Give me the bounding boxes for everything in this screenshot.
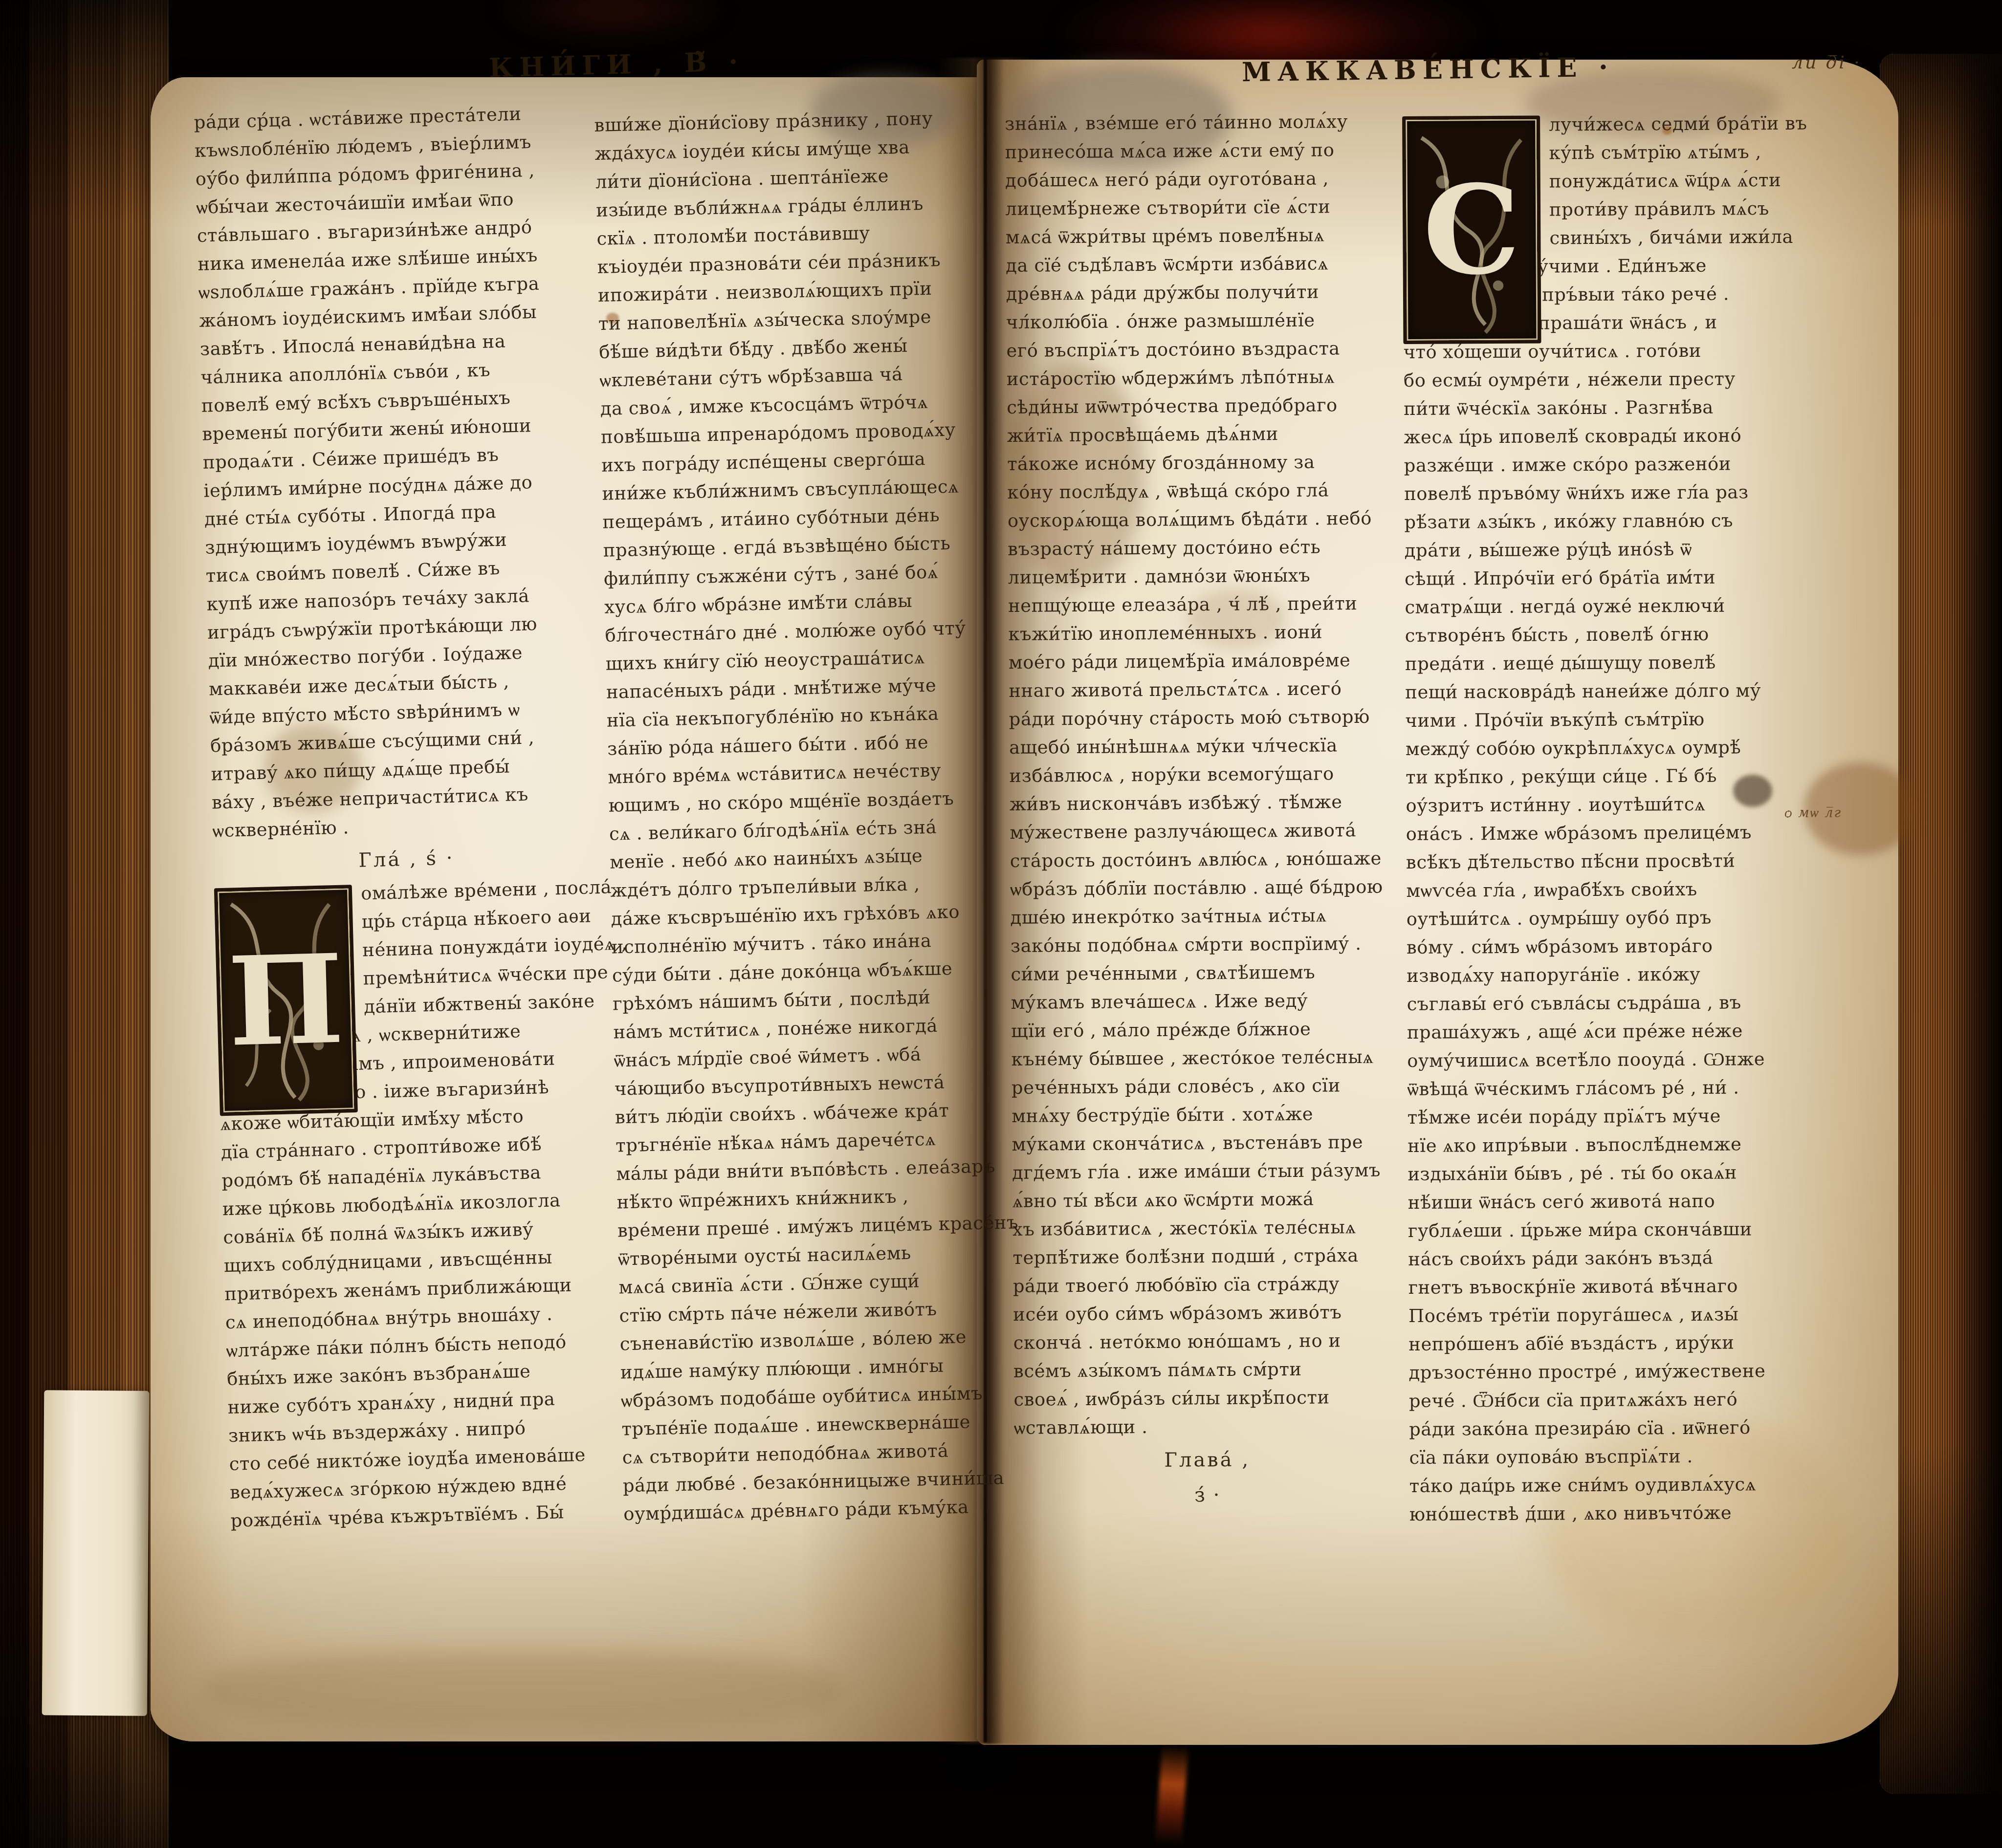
text-line: дра́ти , вы́шеже ру́цѣ ино́ѕѣ ѿ bbox=[1405, 535, 1796, 565]
text-line: доба́шесѧ него́ ра́ди оугото́вана , bbox=[1005, 164, 1391, 195]
text-line: гублѧ́еши . ц́рьже ми́ра сконча́вши bbox=[1408, 1215, 1799, 1245]
text-line: ра́ди поро́чну ста́рость мою́ сътворю́ bbox=[1009, 702, 1395, 734]
inserted-paper-slip bbox=[42, 1390, 150, 1716]
right-page-column-1: зна́нїѧ , взе́мше его́ та́инно молѧ́хупр… bbox=[1005, 107, 1401, 1512]
text-line: ти крѣ́пко , реку́щи си́це . Гь́ бъ́ bbox=[1406, 761, 1797, 792]
column-text: ми волу́ѧми му́чими . Еди́нъжеѿни́хъ иже… bbox=[1403, 251, 1801, 1529]
text-line: повелѣ́ пръво́му ѿни́хъ иже гл́а раз bbox=[1404, 478, 1795, 508]
text-line: преда́ти . иеще́ ды́шущу повелѣ́ bbox=[1405, 648, 1796, 678]
text-line: рѣ́зати ѧзы́къ , ико́жу главно́ю съ bbox=[1404, 506, 1795, 537]
text-line: всѣ́къ дѣ́тельство пѣ́сни просвѣти́ bbox=[1406, 847, 1797, 877]
text-line: рече́ . Ѿн́бси сїа притѧжа́хъ него́ bbox=[1409, 1385, 1800, 1415]
text-line: сѣщи́ . Ипро́чїи его́ бра́тїа им́ти bbox=[1405, 563, 1796, 593]
text-line: мнѧ́ху бестру́дїе бы́ти . хотѧ́же bbox=[1012, 1099, 1398, 1131]
text-line: свины́хъ , бича́ми ижи́ла bbox=[1549, 223, 1794, 253]
text-line: разже́щи . имже ско́ро разжено́и bbox=[1404, 450, 1795, 480]
chapter-label-7: Глава́ , bbox=[1014, 1439, 1401, 1480]
text-line: нїе ѧко ипръ́выи . въпослѣ́днемже bbox=[1408, 1130, 1799, 1160]
text-line: изводѧ́ху напоруга́нїе . ико́жу bbox=[1407, 960, 1798, 990]
text-line: все́мъ ѧзы́комъ па́мѧть см́рти bbox=[1013, 1354, 1400, 1386]
left-running-header: КНИ́ГИ , В̃ · bbox=[488, 45, 745, 84]
text-line: жи́тїѧ просвѣща́емь дѣѧ́нми bbox=[1007, 419, 1393, 450]
right-page-column-2: С лучи́жесѧ седми́ бра́тїи въку́пѣ съм́т… bbox=[1402, 109, 1801, 1529]
text-line: сътворе́нъ бы́сть , повелѣ́ о́гню bbox=[1405, 620, 1796, 650]
text-line: ра́ди твоего́ любо́вїю сїа стра́жду bbox=[1013, 1269, 1399, 1301]
text-line: мѧса́ ѿжри́твы цре́мъ повелѣ́ныѧ bbox=[1006, 220, 1392, 252]
text-line: дре́внѧѧ ра́ди дру́жбы получи́ти bbox=[1006, 277, 1392, 308]
text-line: му́камъ влеча́шесѧ . Иже веду́ bbox=[1011, 986, 1397, 1017]
initial-letter: П bbox=[218, 888, 354, 1112]
text-line: понужда́тисѧ ѿц́рѧ ѧ́сти bbox=[1549, 166, 1794, 196]
text-line: чл́колю́бїа . о́нже размышле́нїе bbox=[1006, 305, 1392, 337]
column-text: ра́ди ср́ца . ѡста́виже преста́теликъѡѕл… bbox=[194, 98, 599, 845]
left-page-column-1: ра́ди ср́ца . ѡста́виже преста́теликъѡѕл… bbox=[194, 98, 617, 1535]
text-line: непщу́юще елеаза́ра , ч́ лѣ́ , преи́ти bbox=[1008, 589, 1394, 620]
text-line: ра́ди зако́на презира́ю сїа . иѿнего́ bbox=[1409, 1413, 1800, 1444]
text-line: изба́влюсѧ , нору́ки всемогу́щаго bbox=[1009, 759, 1395, 790]
folio-number: ли д̅і · bbox=[1792, 53, 1862, 73]
book-photo: КНИ́ГИ , В̃ · МАККАВЕ́НСКЇЕ · ли д̅і · ѻ… bbox=[0, 0, 2002, 1848]
text-line: его́ въспрїѧ́тъ досто́ино въздраста bbox=[1006, 334, 1392, 365]
right-running-header: МАККАВЕ́НСКЇЕ · bbox=[1242, 51, 1615, 88]
drop-cap-section: П ома́лѣже вре́мени , посла́цр́ь ста́рца… bbox=[214, 873, 604, 1025]
text-line: сконча́ . нето́кмо юно́шамъ , но и bbox=[1013, 1326, 1399, 1357]
text-line: терпѣ́тиже болѣ́зни подши́ , стра́ха bbox=[1012, 1241, 1399, 1272]
text-line: чими . Про́чїи въку́пѣ съм́трїю bbox=[1405, 705, 1796, 735]
text-line: она́съ . Имже ѡбра́зомъ прелице́мъ bbox=[1406, 818, 1797, 848]
text-line: рече́нныхъ ра́ди слове́съ , ѧко сїи bbox=[1012, 1071, 1398, 1102]
text-line: ѧ́вно ты́ вѣ́си ѧко ѿсм́рти можа́ bbox=[1012, 1184, 1398, 1216]
text-line: лицемѣ́рнеже сътвори́ти сїе ѧ́сти bbox=[1005, 192, 1391, 223]
text-line: дръзосте́нно простре́ , иму́жествене bbox=[1408, 1357, 1800, 1387]
text-line: ку́пѣ съм́трїю ѧты́мъ , bbox=[1549, 138, 1793, 168]
text-line: пещи́ насковра́дѣ нанеи́же до́лго му́ bbox=[1405, 676, 1796, 707]
ornate-initial-S: С bbox=[1402, 116, 1541, 344]
text-line: та́ко дац́рь иже сни́мъ оудивлѧ́хусѧ bbox=[1409, 1470, 1801, 1500]
text-line: та́коже исно́му бгозда́нному за bbox=[1007, 447, 1393, 478]
text-line: исе́и оубо си́мъ ѡбра́зомъ живо́тъ bbox=[1013, 1298, 1399, 1329]
text-line: жи́въ нисконча́въ избѣжу́ . тѣ́мже bbox=[1010, 787, 1396, 819]
text-line: юно́шествѣ д́ши , ѧко нивъчто́же bbox=[1409, 1499, 1801, 1529]
column-text: зна́нїѧ , взе́мше его́ та́инно молѧ́хупр… bbox=[1005, 107, 1400, 1442]
text-line: съглавы́ его́ съвла́сы съдра́ша , въ bbox=[1407, 988, 1798, 1019]
text-line: щїи его́ , ма́ло пре́жде бл́жное bbox=[1011, 1014, 1397, 1045]
text-line: ѡставлѧ́ющи . bbox=[1014, 1411, 1400, 1442]
chapter-number-7: з́ · bbox=[1014, 1478, 1401, 1513]
text-line: непро́шенъ абїе́ възда́стъ , иру́ки bbox=[1408, 1328, 1800, 1359]
text-line: проти́ву пра́вилъ мѧ́съ bbox=[1549, 195, 1794, 224]
left-page-column-2: вши́же дїони́сїову пра́знику , понужда́х… bbox=[594, 103, 1010, 1528]
text-line: сматрѧ́щи . негда́ оуже́ неключи́ bbox=[1405, 591, 1796, 622]
initial-letter: С bbox=[1406, 119, 1538, 341]
drop-cap-section: С лучи́жесѧ седми́ бра́тїи въку́пѣ съм́т… bbox=[1402, 109, 1794, 253]
text-line: зако́ны подо́бнаѧ см́рти воспрїиму́ . bbox=[1011, 929, 1397, 960]
text-line: бо есмы́ оумре́ти , не́жели престу bbox=[1404, 365, 1795, 395]
text-line: иста́ростїю ѡбдержи́мъ лѣпо́тныѧ bbox=[1007, 362, 1393, 393]
text-line: къжи́тїю иноплеме́нныхъ . иони́ bbox=[1008, 617, 1394, 649]
text-line: ко́ну послѣ́дуѧ , ѿвѣща́ ско́ро гла́ bbox=[1007, 476, 1393, 507]
text-line: оуму́чишисѧ всетѣ́ло пооуда́ . Ѡнже bbox=[1407, 1045, 1798, 1075]
bookmark-ribbon bbox=[1155, 1744, 1188, 1843]
text-line: мое́го ра́ди лицемѣ́рїа има́ловре́ме bbox=[1009, 646, 1395, 677]
text-line: му́жествене разлуча́ющесѧ живота́ bbox=[1010, 816, 1396, 847]
text-line: оу́зритъ исти́нну . иоутѣши́тсѧ bbox=[1406, 790, 1797, 820]
text-line: тѣ́мже исе́и пора́ду прїѧ́тъ му́че bbox=[1408, 1102, 1799, 1132]
text-line: праша́хужъ , аще́ ѧ́си пре́же не́же bbox=[1407, 1017, 1798, 1047]
text-line: мѡѵсе́а гл́а , иѡрабѣ́хъ свои́хъ bbox=[1406, 875, 1797, 905]
text-line: ста́рость досто́инъ ѧвлю́сѧ , юно́шаже bbox=[1010, 844, 1396, 875]
ornate-initial-P: П bbox=[214, 885, 358, 1116]
text-line: ащебо́ ины́нѣшнѧѧ му́ки чл́ческїа bbox=[1009, 731, 1395, 762]
text-line: оутѣши́тсѧ . оумры́шу оубо́ пръ bbox=[1407, 903, 1798, 934]
text-line: между́ собо́ю оукрѣплѧ́хусѧ оумрѣ́ bbox=[1406, 733, 1797, 763]
text-line: лицемѣ́рити . дамно́зи ѿюны́хъ bbox=[1008, 561, 1394, 592]
text-line: принесо́ша мѧ́са иже ѧ́сти ему́ по bbox=[1005, 135, 1391, 167]
column-text: вши́же дїони́сїову пра́знику , понужда́х… bbox=[594, 103, 1010, 1528]
text-line: му́ками сконча́тисѧ , въстена́въ пре bbox=[1012, 1128, 1398, 1159]
text-line: ѡбра́зъ до́блїи поста́влю . аще́ бъ́дрою bbox=[1010, 872, 1396, 904]
text-line: си́ми рече́нными , свѧтѣ́ишемъ bbox=[1011, 957, 1397, 989]
text-line: оускорѧ́юща волѧ́щимъ бѣда́ти . небо́ bbox=[1008, 504, 1394, 535]
text-line: жесѧ ц́рь иповелѣ́ сковрады́ иконо́ bbox=[1404, 421, 1795, 452]
text-line: зна́нїѧ , взе́мше его́ та́инно молѧ́ху bbox=[1005, 107, 1391, 138]
text-line: нѣ́иши ѿна́съ сего́ живота́ напо bbox=[1408, 1187, 1799, 1217]
text-line: своеѧ́ , иѡбра́зъ си́лы икрѣ́пости bbox=[1013, 1383, 1400, 1414]
text-line: на́съ свои́хъ ра́ди зако́нъ възда́ bbox=[1408, 1243, 1799, 1274]
text-line: дгд́емъ гл́а . иже има́ши с́тыи ра́зумъ bbox=[1012, 1156, 1398, 1187]
text-line: ннаго живота́ прельстѧ́тсѧ . исего́ bbox=[1009, 674, 1395, 705]
text-line: хъ изба́витисѧ , жесто́кїѧ теле́сныѧ bbox=[1012, 1213, 1399, 1244]
text-line: ѿвѣща́ ѿче́скимъ гла́сомъ ре́ , ни́ . bbox=[1407, 1073, 1798, 1104]
text-line: пи́ти ѿче́скїѧ зако́ны . Разгнѣ́ва bbox=[1404, 393, 1795, 423]
text-line: сѣди́ны иѿѡтро́чества предо́браго bbox=[1007, 391, 1393, 422]
text-line: да сїе́ съдѣ́лавъ ѿсм́рти изба́висѧ bbox=[1006, 249, 1392, 280]
text-line: во́му . си́мъ ѡбра́зомъ ивтора́го bbox=[1407, 932, 1798, 962]
text-line: Посе́мъ тре́тїи поруга́шесѧ , иѧзы́ bbox=[1408, 1300, 1800, 1330]
text-line: издыха́нїи бы́въ , ре́ . ты́ бо окаѧ́н bbox=[1408, 1158, 1799, 1189]
text-line: дше́ю инекро́тко зач́тныѧ ис́тыѧ bbox=[1010, 901, 1396, 932]
text-line: сїа па́ки оупова́ю въспрїѧ́ти . bbox=[1409, 1442, 1800, 1472]
text-line: възрасту́ на́шему досто́ино ес́ть bbox=[1008, 532, 1394, 564]
text-line: гнетъ въвоскр́нїе живота́ вѣ́чнаго bbox=[1408, 1272, 1799, 1302]
text-line: къне́му бы́вшее , жесто́кое теле́сныѧ bbox=[1011, 1043, 1397, 1074]
text-line: лучи́жесѧ седми́ бра́тїи въ bbox=[1549, 109, 1793, 139]
